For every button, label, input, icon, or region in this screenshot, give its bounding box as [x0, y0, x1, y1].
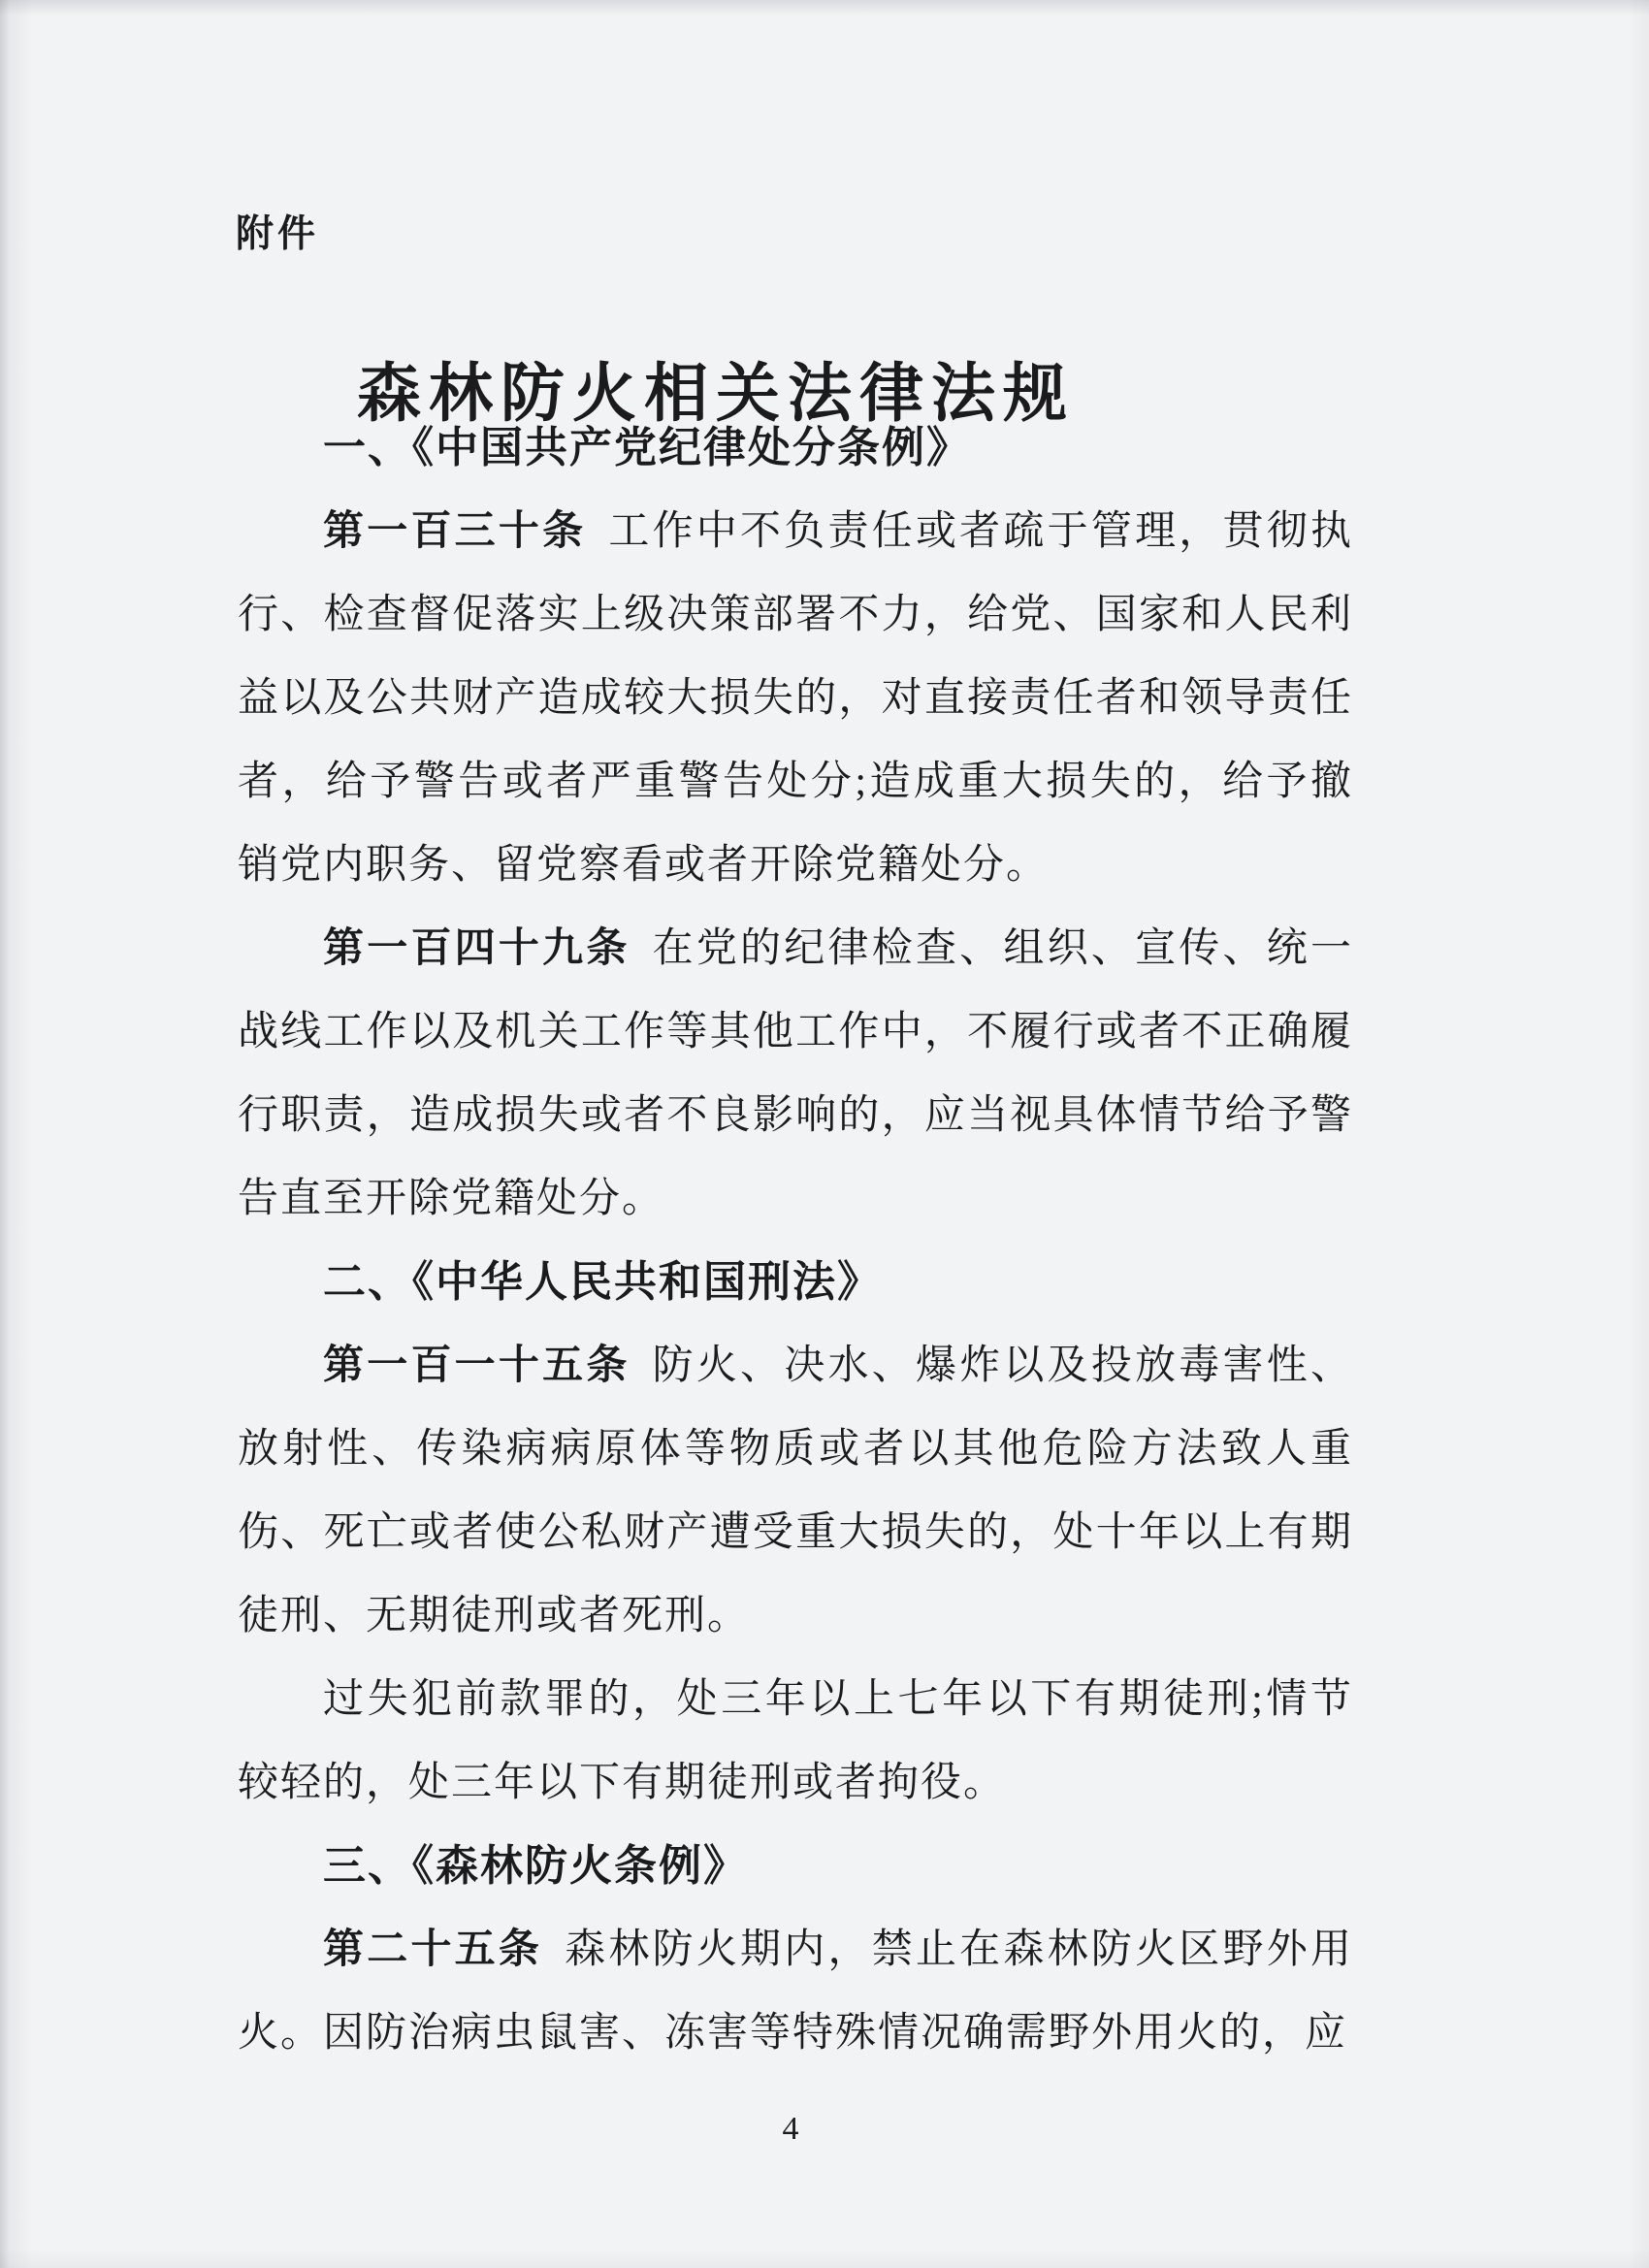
article-number-149: 第一百四十九条 [323, 926, 630, 971]
paragraph-text: 过失犯前款罪的，处三年以上七年以下有期徒刑;情节较轻的，处三年以下有期徒刑或者拘… [238, 1677, 1353, 1805]
section-heading-1: 一、《中国共产党纪律处分条例》 [238, 406, 1353, 490]
scanned-document-page: 附件 森林防火相关法律法规 一、《中国共产党纪律处分条例》 第一百三十条工作中不… [0, 0, 1649, 2268]
article-number-25: 第二十五条 [323, 1928, 542, 1972]
document-body: 一、《中国共产党纪律处分条例》 第一百三十条工作中不负责任或者疏于管理，贯彻执行… [238, 406, 1353, 2075]
article-number-115: 第一百一十五条 [323, 1344, 630, 1388]
paragraph-article-25: 第二十五条森林防火期内，禁止在森林防火区野外用火。因防治病虫鼠害、冻害等特殊情况… [238, 1908, 1353, 2075]
paragraph-article-115: 第一百一十五条防火、决水、爆炸以及投放毒害性、放射性、传染病病原体等物质或者以其… [238, 1324, 1353, 1658]
attachment-label: 附件 [236, 204, 319, 258]
section-heading-2: 二、《中华人民共和国刑法》 [238, 1241, 1353, 1324]
paragraph-negligence-clause: 过失犯前款罪的，处三年以上七年以下有期徒刑;情节较轻的，处三年以下有期徒刑或者拘… [238, 1658, 1353, 1825]
paragraph-article-130: 第一百三十条工作中不负责任或者疏于管理，贯彻执行、检查督促落实上级决策部署不力，… [238, 490, 1353, 907]
section-heading-3: 三、《森林防火条例》 [238, 1825, 1353, 1908]
paragraph-article-149: 第一百四十九条在党的纪律检查、组织、宣传、统一战线工作以及机关工作等其他工作中，… [238, 907, 1353, 1241]
paragraph-text: 工作中不负责任或者疏于管理，贯彻执行、检查督促落实上级决策部署不力，给党、国家和… [238, 509, 1353, 888]
page-number: 4 [0, 2111, 1581, 2148]
article-number-130: 第一百三十条 [323, 509, 586, 554]
